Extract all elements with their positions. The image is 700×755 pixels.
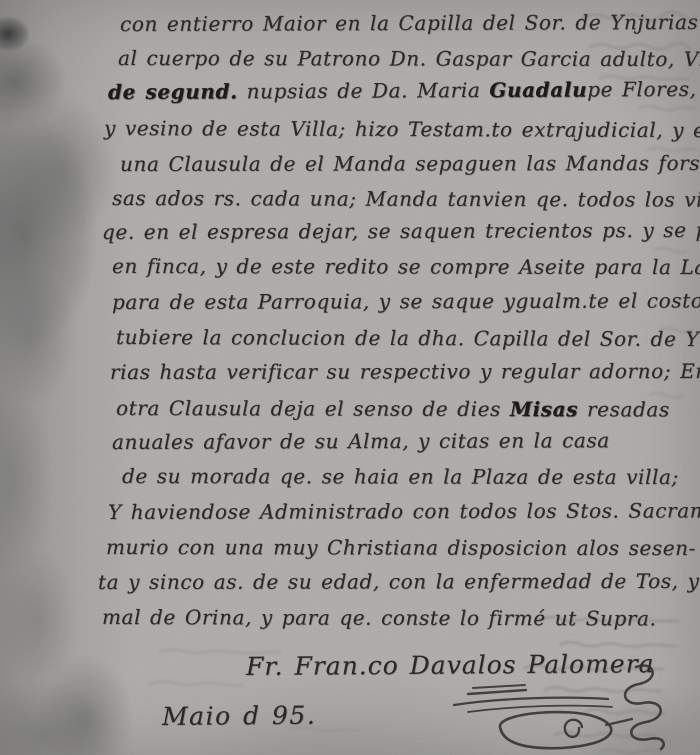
line-segment: Guadalu bbox=[489, 77, 587, 102]
line-segment: para de esta Parroquia, y se saque ygual… bbox=[112, 288, 700, 314]
line-segment: de su morada qe. se haia en la Plaza de … bbox=[122, 464, 679, 489]
line-segment: Y haviendose Administrado con todos los … bbox=[108, 498, 700, 524]
line-segment: ta y sinco as. de su edad, con la enferm… bbox=[98, 569, 700, 594]
signature: Fr. Fran.co Davalos Palomera bbox=[246, 649, 655, 681]
line-segment: nupsias de Da. Maria bbox=[238, 78, 490, 103]
manuscript-line: de su morada qe. se haia en la Plaza de … bbox=[122, 464, 679, 489]
manuscript-line: de segund. nupsias de Da. Maria Guadalup… bbox=[108, 77, 700, 104]
line-segment: anuales afavor de su Alma, y citas en la… bbox=[112, 428, 610, 454]
manuscript-line: tubiere la conclucion de la dha. Capilla… bbox=[116, 325, 700, 351]
line-segment: pe Flores, Esp.l bbox=[587, 77, 700, 102]
line-segment: al cuerpo de su Patrono Dn. Gaspar Garci… bbox=[118, 46, 700, 71]
manuscript-line: ta y sinco as. de su edad, con la enferm… bbox=[98, 569, 700, 594]
line-segment: en finca, y de este redito se compre Ase… bbox=[112, 254, 700, 279]
manuscript-line: mal de Orina, y para qe. conste lo firmé… bbox=[102, 605, 657, 630]
manuscript-line: otra Clausula deja el senso de dies Misa… bbox=[116, 396, 670, 421]
manuscript-line: al cuerpo de su Patrono Dn. Gaspar Garci… bbox=[118, 46, 700, 71]
line-segment: y vesino de esta Villa; hizo Testam.to e… bbox=[104, 116, 700, 142]
line-segment: rias hasta verificar su respectivo y reg… bbox=[110, 359, 700, 384]
manuscript-line: para de esta Parroquia, y se saque ygual… bbox=[112, 288, 700, 314]
manuscript-line: sas ados rs. cada una; Manda tanvien qe.… bbox=[112, 186, 700, 212]
manuscript-line: con entierro Maior en la Capilla del Sor… bbox=[120, 10, 698, 36]
manuscript-page: con entierro Maior en la Capilla del Sor… bbox=[0, 0, 700, 755]
line-segment: qe. en el espresa dejar, se saquen treci… bbox=[102, 218, 700, 244]
manuscript-line: anuales afavor de su Alma, y citas en la… bbox=[112, 428, 610, 454]
line-segment: tubiere la conclucion de la dha. Capilla… bbox=[116, 325, 700, 351]
manuscript-line: murio con una muy Christiana disposicion… bbox=[106, 535, 696, 560]
line-segment: resadas bbox=[578, 397, 670, 421]
line-segment: murio con una muy Christiana disposicion… bbox=[106, 535, 696, 560]
date-line: Maio d 95. bbox=[162, 701, 316, 731]
manuscript-line: qe. en el espresa dejar, se saquen treci… bbox=[102, 218, 700, 244]
manuscript-line: Y haviendose Administrado con todos los … bbox=[108, 498, 700, 524]
line-segment: otra Clausula deja el senso de dies bbox=[116, 396, 510, 421]
line-segment: mal de Orina, y para qe. conste lo firmé… bbox=[102, 605, 657, 630]
manuscript-line: rias hasta verificar su respectivo y reg… bbox=[110, 359, 700, 384]
manuscript-line: una Clausula de el Manda sepaguen las Ma… bbox=[120, 151, 700, 176]
line-segment: Misas bbox=[510, 397, 578, 421]
line-segment: con entierro Maior en la Capilla del Sor… bbox=[120, 10, 698, 36]
line-segment: de segund. bbox=[108, 79, 238, 104]
line-segment: sas ados rs. cada una; Manda tanvien qe.… bbox=[112, 186, 700, 212]
manuscript-line: y vesino de esta Villa; hizo Testam.to e… bbox=[104, 116, 700, 142]
line-segment: una Clausula de el Manda sepaguen las Ma… bbox=[120, 151, 700, 176]
manuscript-line: en finca, y de este redito se compre Ase… bbox=[112, 254, 700, 279]
